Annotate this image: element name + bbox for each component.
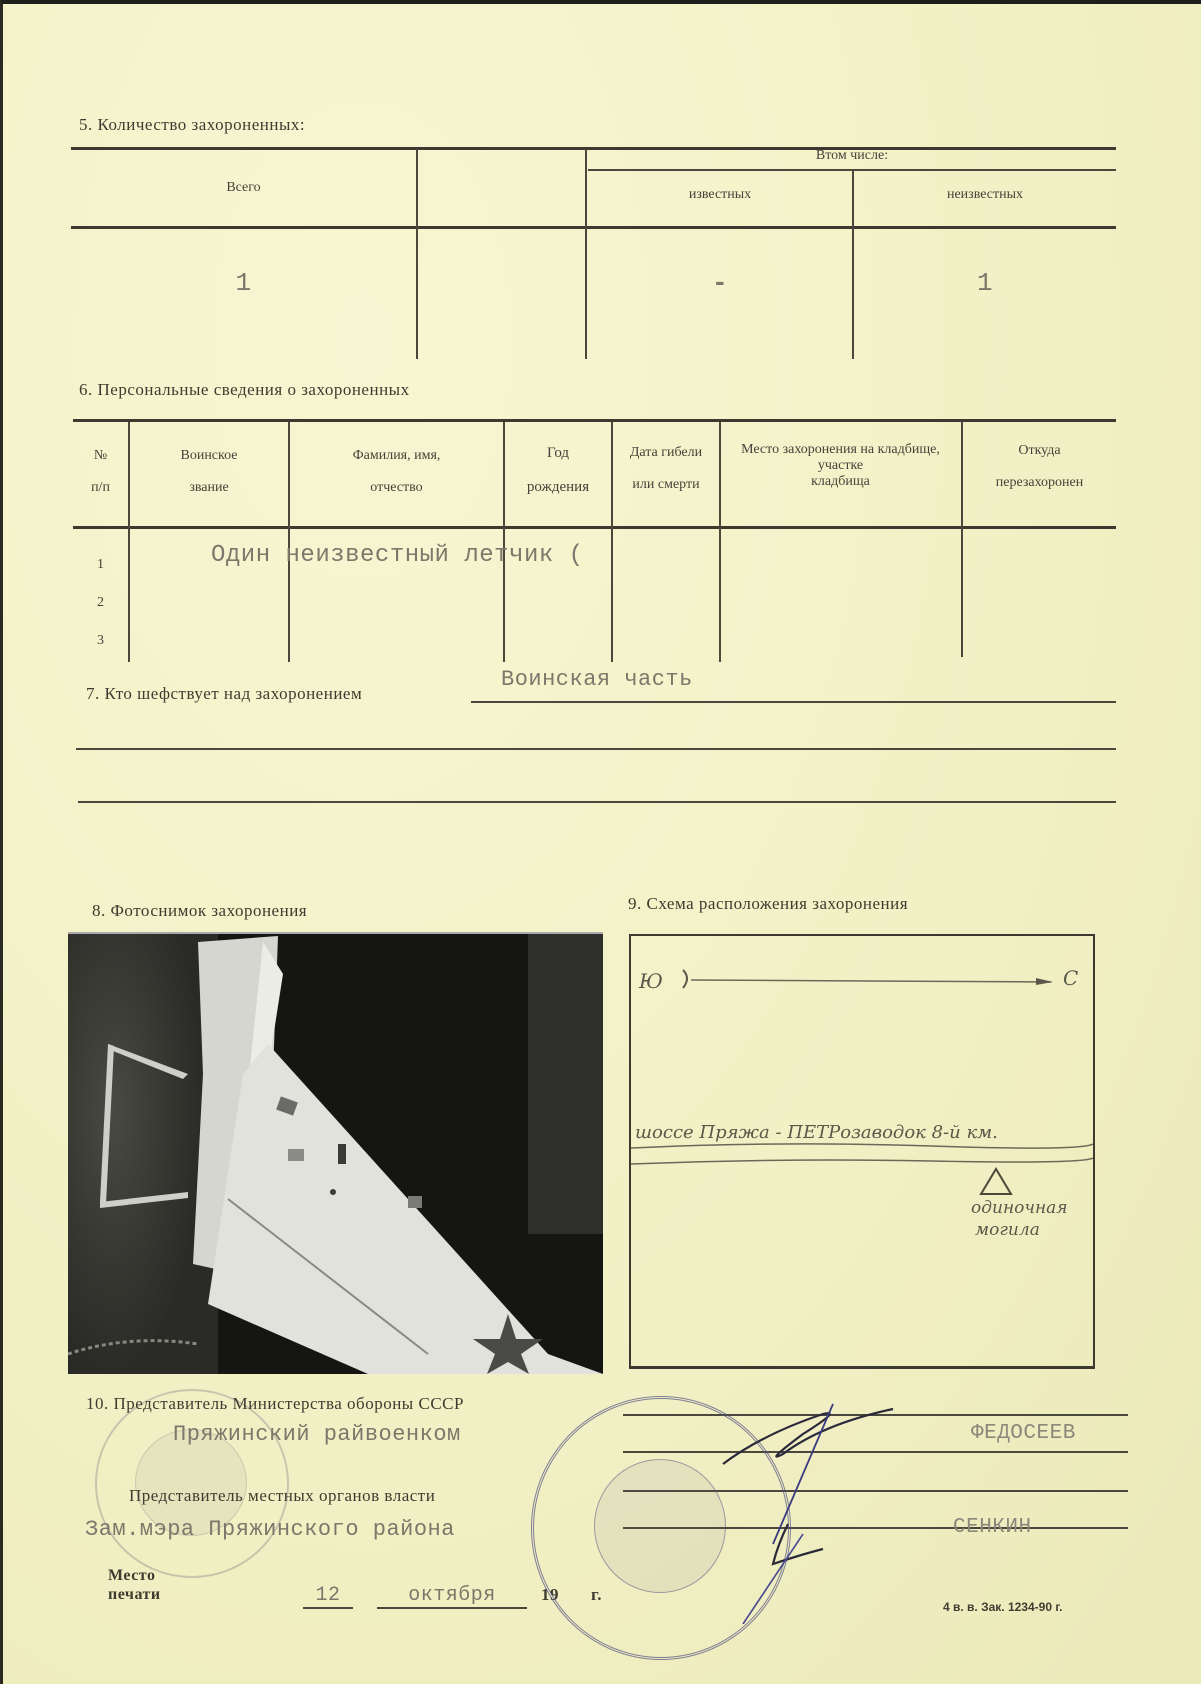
col-header-burial-place: Место захоронения на кладбище, участке к… xyxy=(733,442,948,490)
burial-photo xyxy=(68,932,603,1374)
header-unknown: неизвестных xyxy=(854,186,1116,204)
defense-label: 10. Представитель Министерства обороны С… xyxy=(86,1394,464,1414)
divider xyxy=(416,149,418,359)
value-total: 1 xyxy=(71,268,416,298)
section8-title: 8. Фотоснимок захоронения xyxy=(92,901,307,921)
compass-north: С xyxy=(1063,966,1078,990)
marker-label-1: одиночная xyxy=(971,1198,1068,1218)
header-including: Втом числе: xyxy=(588,147,1116,165)
section9-title: 9. Схема расположения захоронения xyxy=(628,894,908,914)
col-header-name: Фамилия, имя, отчество xyxy=(290,447,503,497)
header-known: известных xyxy=(588,186,852,204)
section6-title: 6. Персональные сведения о захороненных xyxy=(79,380,410,400)
col-header-birth-year: Год рождения xyxy=(505,444,611,497)
col-header-reburied-from: Откуда перезахоронен xyxy=(963,442,1116,492)
row-entry-1: Один неизвестный летчик ( xyxy=(211,542,584,569)
print-info: 4 в. в. Зак. 1234-90 г. xyxy=(943,1600,1062,1614)
col-header-death-date: Дата гибели или смерти xyxy=(613,444,719,494)
col-header-num: № п/п xyxy=(73,447,128,497)
section7-label: 7. Кто шефствует над захоронением xyxy=(86,684,362,704)
divider xyxy=(71,226,1116,229)
row-num-1: 1 xyxy=(73,556,128,574)
divider xyxy=(585,149,587,359)
scheme-drawing xyxy=(631,936,1093,1366)
fill-line xyxy=(471,701,1116,703)
defense-name: ФЕДОСЕЕВ xyxy=(971,1422,1076,1445)
divider xyxy=(73,419,1116,422)
signatures xyxy=(703,1394,963,1624)
location-scheme: Ю С шоссе Пряжа - ПЕТРозаводок 8-й км. о… xyxy=(629,934,1095,1369)
marker-label-2: могила xyxy=(975,1220,1040,1240)
divider xyxy=(73,526,1116,529)
local-value: Зам.мэра Пряжинского района xyxy=(85,1517,455,1542)
header-total: Всего xyxy=(71,179,416,197)
section5-title: 5. Количество захороненных: xyxy=(79,115,305,135)
fill-line xyxy=(78,801,1116,803)
divider xyxy=(719,422,721,662)
section7-value: Воинская часть xyxy=(501,667,693,692)
form-page: 5. Количество захороненных: Всего Втом ч… xyxy=(0,0,1201,1684)
value-known: - xyxy=(588,268,852,298)
photo-image xyxy=(68,934,603,1374)
row-num-3: 3 xyxy=(73,632,128,650)
local-name: СЕНКИН xyxy=(953,1516,1032,1539)
row-num-2: 2 xyxy=(73,594,128,612)
date-month: октября xyxy=(377,1584,527,1609)
value-unknown: 1 xyxy=(854,268,1116,298)
date-day: 12 xyxy=(303,1584,353,1609)
left-official-stamp xyxy=(95,1389,289,1578)
road-label: шоссе Пряжа - ПЕТРозаводок 8-й км. xyxy=(635,1122,998,1143)
fill-line xyxy=(76,748,1116,750)
local-label: Представитель местных органов власти xyxy=(129,1486,435,1506)
col-header-rank: Воинское звание xyxy=(130,447,288,497)
defense-value: Пряжинский райвоенком xyxy=(173,1422,461,1447)
seal-place: Место печати xyxy=(108,1566,161,1604)
